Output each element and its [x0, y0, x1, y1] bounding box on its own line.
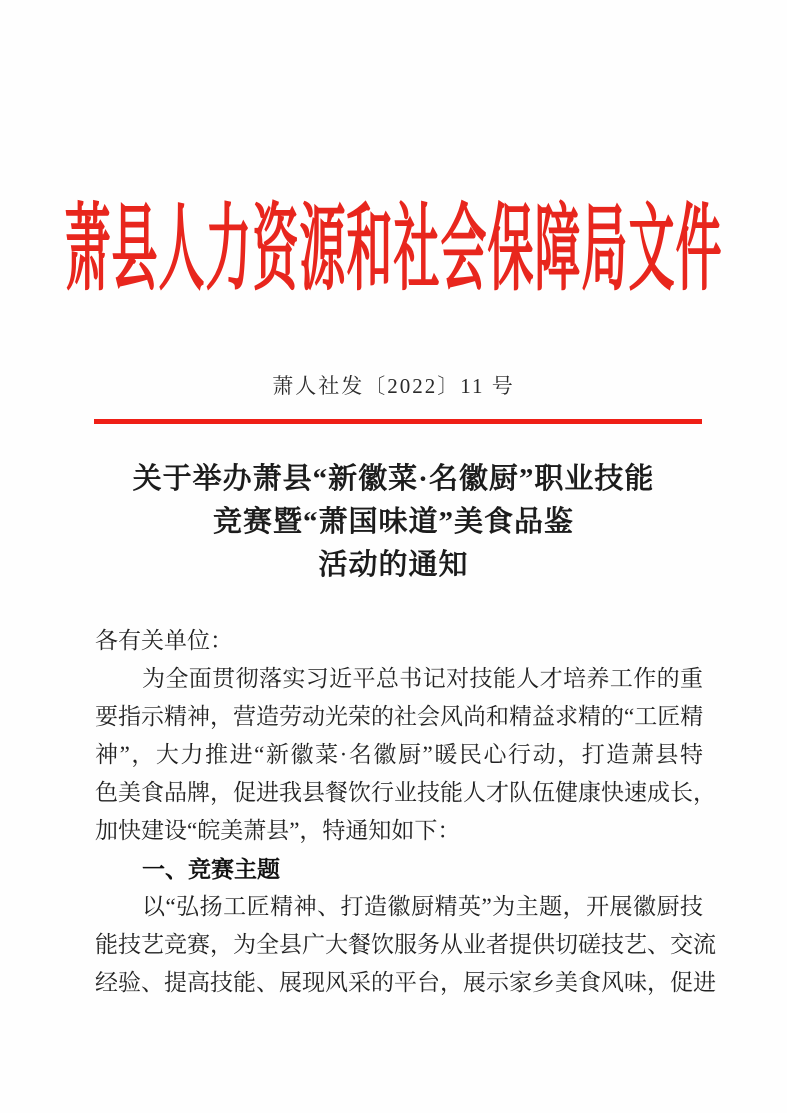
agency-banner: 萧县人力资源和社会保障局文件	[0, 188, 787, 296]
body-line: 为全面贯彻落实习近平总书记对技能人才培养工作的重	[95, 660, 703, 698]
body-line: 加快建设“皖美萧县”，特通知如下：	[95, 812, 703, 850]
agency-title: 萧县人力资源和社会保障局文件	[65, 174, 723, 309]
document-page: 萧县人力资源和社会保障局文件 萧人社发〔2022〕11 号 关于举办萧县“新徽菜…	[0, 0, 787, 1113]
body-line: 要指示精神，营造劳动光荣的社会风尚和精益求精的“工匠精	[95, 698, 703, 736]
notice-title-line1: 关于举办萧县“新徽菜·名徽厨”职业技能	[0, 458, 787, 501]
notice-title-line2: 竞赛暨“萧国味道”美食品鉴	[0, 501, 787, 544]
body-line: 色美食品牌，促进我县餐饮行业技能人才队伍健康快速成长，	[95, 774, 703, 812]
body-line: 神”，大力推进“新徽菜·名徽厨”暖民心行动，打造萧县特	[95, 736, 703, 774]
salutation: 各有关单位：	[95, 622, 703, 660]
document-number: 萧人社发〔2022〕11 号	[0, 370, 787, 400]
body-line: 经验、提高技能、展现风采的平台，展示家乡美食风味，促进	[95, 964, 703, 1002]
section-heading-competition-theme: 一、竞赛主题	[95, 850, 703, 888]
notice-title: 关于举办萧县“新徽菜·名徽厨”职业技能 竞赛暨“萧国味道”美食品鉴 活动的通知	[0, 458, 787, 587]
body-line: 以“弘扬工匠精神、打造徽厨精英”为主题，开展徽厨技	[95, 888, 703, 926]
red-divider-line	[94, 419, 702, 424]
body-line: 能技艺竞赛，为全县广大餐饮服务从业者提供切磋技艺、交流	[95, 926, 703, 964]
document-body: 各有关单位： 为全面贯彻落实习近平总书记对技能人才培养工作的重 要指示精神，营造…	[95, 622, 703, 1002]
notice-title-line3: 活动的通知	[0, 544, 787, 587]
